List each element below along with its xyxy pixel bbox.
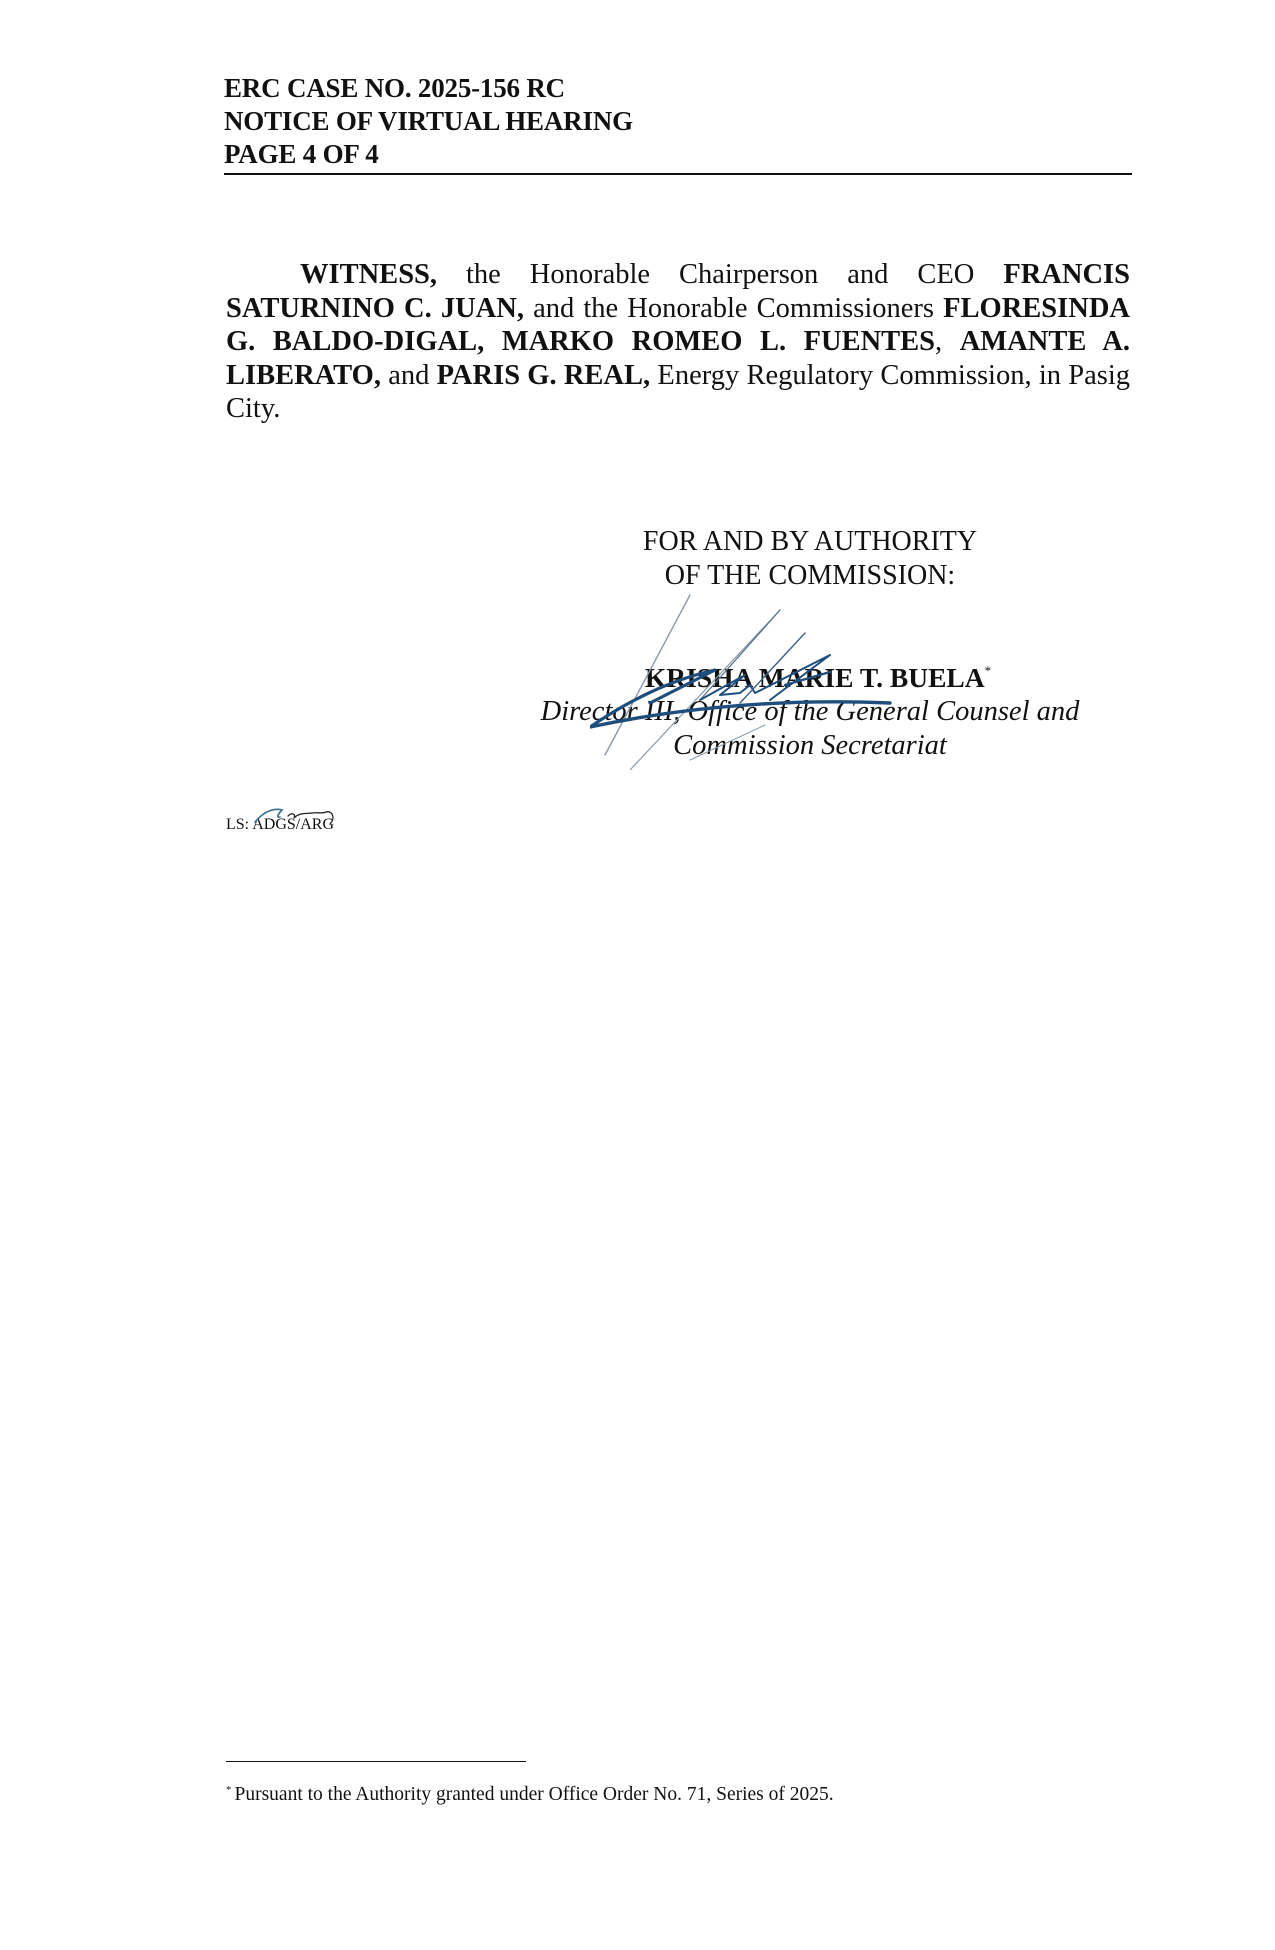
footnote-text: Pursuant to the Authority granted under …	[235, 1784, 834, 1805]
document-header: ERC CASE NO. 2025-156 RC NOTICE OF VIRTU…	[224, 72, 1132, 175]
authority-line: FOR AND BY AUTHORITY	[540, 525, 1080, 559]
footnote-divider	[226, 1761, 526, 1762]
witness-text: and	[381, 360, 437, 391]
signatory-block: KRISHA MARIE T. BUELA* Director III, Off…	[490, 654, 1130, 763]
authority-line: OF THE COMMISSION:	[540, 559, 1080, 593]
authority-block: FOR AND BY AUTHORITY OF THE COMMISSION:	[540, 525, 1080, 593]
commissioner-name: PARIS G. REAL,	[437, 360, 651, 391]
initials-reference: LS: ADGS/ARG	[226, 815, 334, 835]
document-page: ERC CASE NO. 2025-156 RC NOTICE OF VIRTU…	[0, 0, 1275, 1950]
footnote-marker: *	[226, 1784, 232, 1796]
signatory-title: Commission Secretariat	[490, 729, 1130, 763]
signatory-title: Director III, Office of the General Coun…	[490, 695, 1130, 729]
document-title: NOTICE OF VIRTUAL HEARING	[224, 105, 1132, 138]
footnote: *Pursuant to the Authority granted under…	[226, 1778, 834, 1807]
signatory-name-line: KRISHA MARIE T. BUELA*	[490, 654, 1130, 695]
witness-text: ,	[935, 326, 960, 357]
witness-paragraph: WITNESS, the Honorable Chairperson and C…	[226, 258, 1130, 426]
page-info: PAGE 4 OF 4	[224, 138, 1132, 171]
witness-text: and the Honorable Commissioners	[524, 293, 943, 324]
footnote-marker: *	[985, 663, 992, 678]
signatory-name: KRISHA MARIE T. BUELA	[645, 662, 985, 693]
witness-text: the Honorable Chairperson and CEO	[437, 259, 1003, 290]
witness-keyword: WITNESS,	[300, 259, 437, 290]
case-number: ERC CASE NO. 2025-156 RC	[224, 72, 1132, 105]
